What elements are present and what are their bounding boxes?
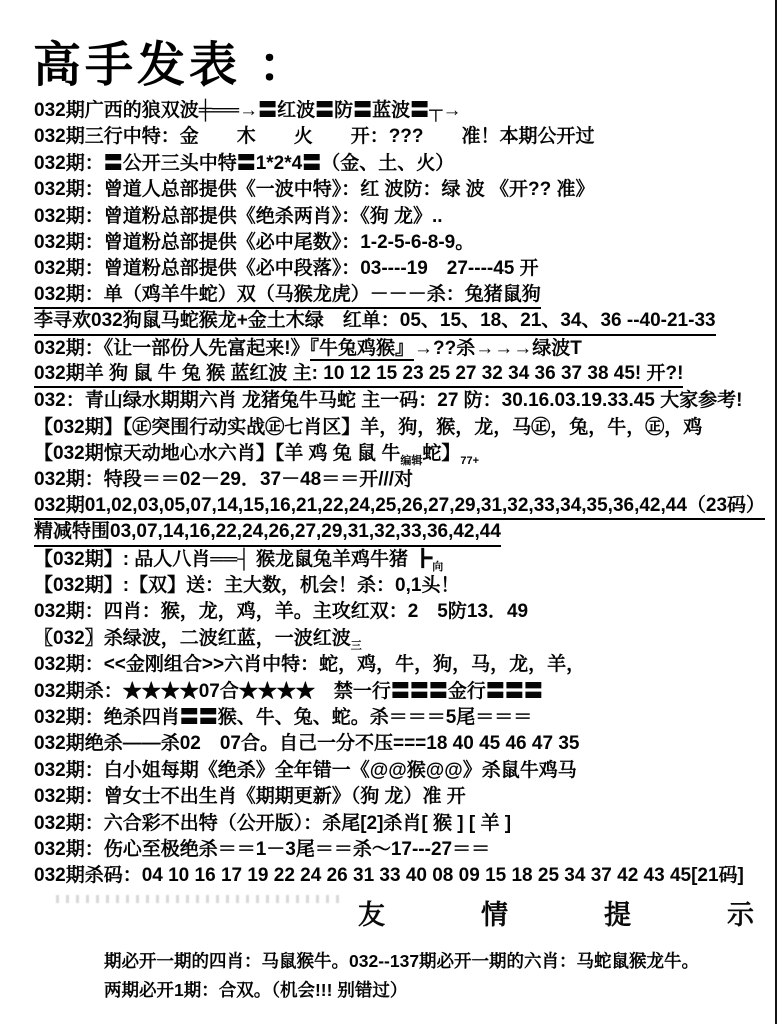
- line-text: 032期：曾道粉总部提供《必中段落》：03----19 27----45 开: [34, 258, 539, 279]
- content-line: 032期：单（鸡羊牛蛇）双（马猴龙虎）－－－杀：兔猪鼠狗: [34, 283, 541, 309]
- content-line: 032期：六合彩不出特（公开版）：杀尾[2]杀肖[ 猴 ] [ 羊 ]: [34, 811, 765, 837]
- line-text: 032期：单（鸡羊牛蛇）双（马猴龙虎）－－－杀：兔猪鼠狗: [34, 284, 541, 305]
- line-text: 『牛兔鸡猴』: [310, 338, 415, 361]
- line-text: 032期：六合彩不出特（公开版）：杀尾[2]杀肖[ 猴 ] [ 羊 ]: [34, 813, 511, 834]
- content-line: 032期绝杀——杀02 07合。自己一分不压===18 40 45 46 47 …: [34, 731, 765, 757]
- content-line: 032期：曾道粉总部提供《必中段落》：03----19 27----45 开: [34, 256, 765, 282]
- line-text: 李寻欢032狗鼠马蛇猴龙+金土木绿 红单：05、15、18、21、34、36 -…: [34, 310, 716, 331]
- content-line: 032期：〓公开三头中特〓1*2*4〓（金、土、火）: [34, 151, 765, 177]
- line-text: 032期：特段＝＝02－29．37－48＝＝开///对: [34, 469, 413, 490]
- line-text: 〖032〗杀绿波，二波红蓝，一波红波: [34, 628, 351, 649]
- line-text: 032期：<<金刚组合>>六肖中特：蛇，鸡，牛，狗，马，龙，羊，: [34, 654, 585, 675]
- content-line: 李寻欢032狗鼠马蛇猴龙+金土木绿 红单：05、15、18、21、34、36 -…: [34, 309, 716, 335]
- line-text: 032期广西的狼双波╪══→〓红波〓防〓蓝波〓┬→: [34, 100, 462, 121]
- page-title: 高手发表 ：: [33, 26, 310, 95]
- line-text: →??杀→→→绿波T: [414, 338, 582, 359]
- note-line: 两期必开1期：合双。（机会!!! 别错过）: [104, 976, 699, 1005]
- line-text: 编辑: [400, 455, 422, 467]
- content-line: 032期：白小姐每期《绝杀》全年错一《@@猴@@》杀鼠牛鸡马: [34, 758, 765, 784]
- note-line: 期必开一期的四肖：马鼠猴牛。032--137期必开一期的六肖：马蛇鼠猴龙牛。: [104, 947, 699, 976]
- line-text: 【032期】【㊣突围行动实战㊣七肖区】羊，狗，猴，龙，马㊣，兔，牛，㊣，鸡: [34, 417, 702, 438]
- line-text: 77+: [460, 455, 479, 467]
- content-line: 032期三行中特：金 木 火 开：??? 准！本期公开过: [34, 124, 765, 150]
- content-line: 032期：曾道人总部提供《一波中特》：红 波防：绿 波 《开?? 准》: [34, 177, 765, 203]
- content-line: 032期杀：★★★★07合★★★★ 禁一行〓〓〓金行〓〓〓: [34, 679, 765, 705]
- line-text: 032期杀码：04 10 16 17 19 22 24 26 31 33 40 …: [34, 865, 744, 886]
- line-text: 精减特围03,07,14,16,22,24,26,27,29,31,32,33,…: [34, 521, 501, 542]
- line-text: 032期：《让一部份人先富起来!》: [34, 338, 310, 359]
- line-text: 032期绝杀——杀02 07合。自己一分不压===18 40 45 46 47 …: [34, 733, 579, 754]
- line-text: 032期：曾道粉总部提供《必中尾数》：1-2-5-6-8-9。: [34, 232, 474, 253]
- content-line: 032期：曾女士不出生肖《期期更新》（狗 龙）准 开: [34, 784, 765, 810]
- line-text: 032期：曾道人总部提供《一波中特》：红 波防：绿 波 《开?? 准》: [34, 179, 595, 200]
- line-text: 向: [432, 560, 443, 572]
- line-text: 032期羊 狗 鼠 牛 兔 猴 蓝红波 主: 10 12 15 23 25 27…: [34, 363, 683, 384]
- content-line: 032期：曾道粉总部提供《必中尾数》：1-2-5-6-8-9。: [34, 230, 765, 256]
- content-line: 032期：绝杀四肖〓〓猴、牛、兔、蛇。杀＝＝＝5尾＝＝＝: [34, 705, 765, 731]
- erased-line: [56, 895, 346, 903]
- content-line: 032期：《让一部份人先富起来!》『牛兔鸡猴』→??杀→→→绿波T: [34, 336, 765, 362]
- content-line: 032期01,02,03,05,07,14,15,16,21,22,24,25,…: [34, 494, 765, 520]
- content-line: 精减特围03,07,14,16,22,24,26,27,29,31,32,33,…: [34, 520, 501, 546]
- line-text: 【032期】: 品人八肖══┤ 猴龙鼠兔羊鸡牛猪 ┣: [34, 549, 432, 570]
- line-text: 032期杀：★★★★07合★★★★ 禁一行〓〓〓金行〓〓〓: [34, 681, 543, 702]
- tip-sheet-page: 高手发表 ： 032期广西的狼双波╪══→〓红波〓防〓蓝波〓┬→032期三行中特…: [0, 0, 777, 1024]
- friendly-notice: 友情提示: [358, 893, 777, 932]
- line-text: 三: [351, 640, 362, 652]
- line-text: 【032期惊天动地心水六肖】【羊 鸡 兔 鼠 牛: [34, 443, 400, 464]
- content-line: 【032期】【㊣突围行动实战㊣七肖区】羊，狗，猴，龙，马㊣，兔，牛，㊣，鸡: [34, 415, 765, 441]
- line-text: 032期01,02,03,05,07,14,15,16,21,22,24,25,…: [34, 495, 765, 516]
- content-line: 032期：伤心至极绝杀＝＝1－3尾＝＝杀～17---27＝＝: [34, 837, 765, 863]
- content-line: 032期：<<金刚组合>>六肖中特：蛇，鸡，牛，狗，马，龙，羊，: [34, 652, 765, 678]
- content-line: 032期：特段＝＝02－29．37－48＝＝开///对: [34, 467, 765, 493]
- line-text: 032：青山绿水期期六肖 龙猪兔牛马蛇 主一码：27 防：30.16.03.19…: [34, 390, 742, 411]
- content-line: 032期：四肖：猴，龙，鸡，羊。主攻红双：2 5防13．49: [34, 599, 765, 625]
- content-line: 032期羊 狗 鼠 牛 兔 猴 蓝红波 主: 10 12 15 23 25 27…: [34, 362, 683, 388]
- content-line: 【032期惊天动地心水六肖】【羊 鸡 兔 鼠 牛编辑蛇】77+: [34, 441, 765, 467]
- line-text: 032期：曾道粉总部提供《绝杀两肖》：《狗 龙》..: [34, 206, 443, 227]
- content-line: 032期：曾道粉总部提供《绝杀两肖》：《狗 龙》..: [34, 204, 765, 230]
- content-line: 032：青山绿水期期六肖 龙猪兔牛马蛇 主一码：27 防：30.16.03.19…: [34, 388, 765, 414]
- content-line: 032期广西的狼双波╪══→〓红波〓防〓蓝波〓┬→: [34, 98, 765, 124]
- line-text: 032期：〓公开三头中特〓1*2*4〓（金、土、火）: [34, 153, 454, 174]
- content-line: 〖032〗杀绿波，二波红蓝，一波红波三: [34, 626, 765, 652]
- lines: 032期广西的狼双波╪══→〓红波〓防〓蓝波〓┬→032期三行中特：金 木 火 …: [34, 98, 765, 890]
- content-line: 032期杀码：04 10 16 17 19 22 24 26 31 33 40 …: [34, 863, 765, 889]
- line-text: 蛇】: [422, 443, 460, 464]
- line-text: 032期：曾女士不出生肖《期期更新》（狗 龙）准 开: [34, 786, 466, 807]
- line-text: 032期：四肖：猴，龙，鸡，羊。主攻红双：2 5防13．49: [34, 601, 528, 622]
- line-text: 032期三行中特：金 木 火 开：??? 准！本期公开过: [34, 126, 595, 147]
- footer-notes: 期必开一期的四肖：马鼠猴牛。032--137期必开一期的六肖：马蛇鼠猴龙牛。 两…: [104, 947, 699, 1005]
- line-text: 【032期】:【双】送：主大数，机会！杀：0,1头！: [34, 575, 459, 596]
- line-text: 032期：白小姐每期《绝杀》全年错一《@@猴@@》杀鼠牛鸡马: [34, 760, 577, 781]
- content-line: 【032期】:【双】送：主大数，机会！杀：0,1头！: [34, 573, 765, 599]
- content-line: 【032期】: 品人八肖══┤ 猴龙鼠兔羊鸡牛猪 ┣向: [34, 547, 765, 573]
- line-text: 032期：伤心至极绝杀＝＝1－3尾＝＝杀～17---27＝＝: [34, 839, 490, 860]
- line-text: 032期：绝杀四肖〓〓猴、牛、兔、蛇。杀＝＝＝5尾＝＝＝: [34, 707, 532, 728]
